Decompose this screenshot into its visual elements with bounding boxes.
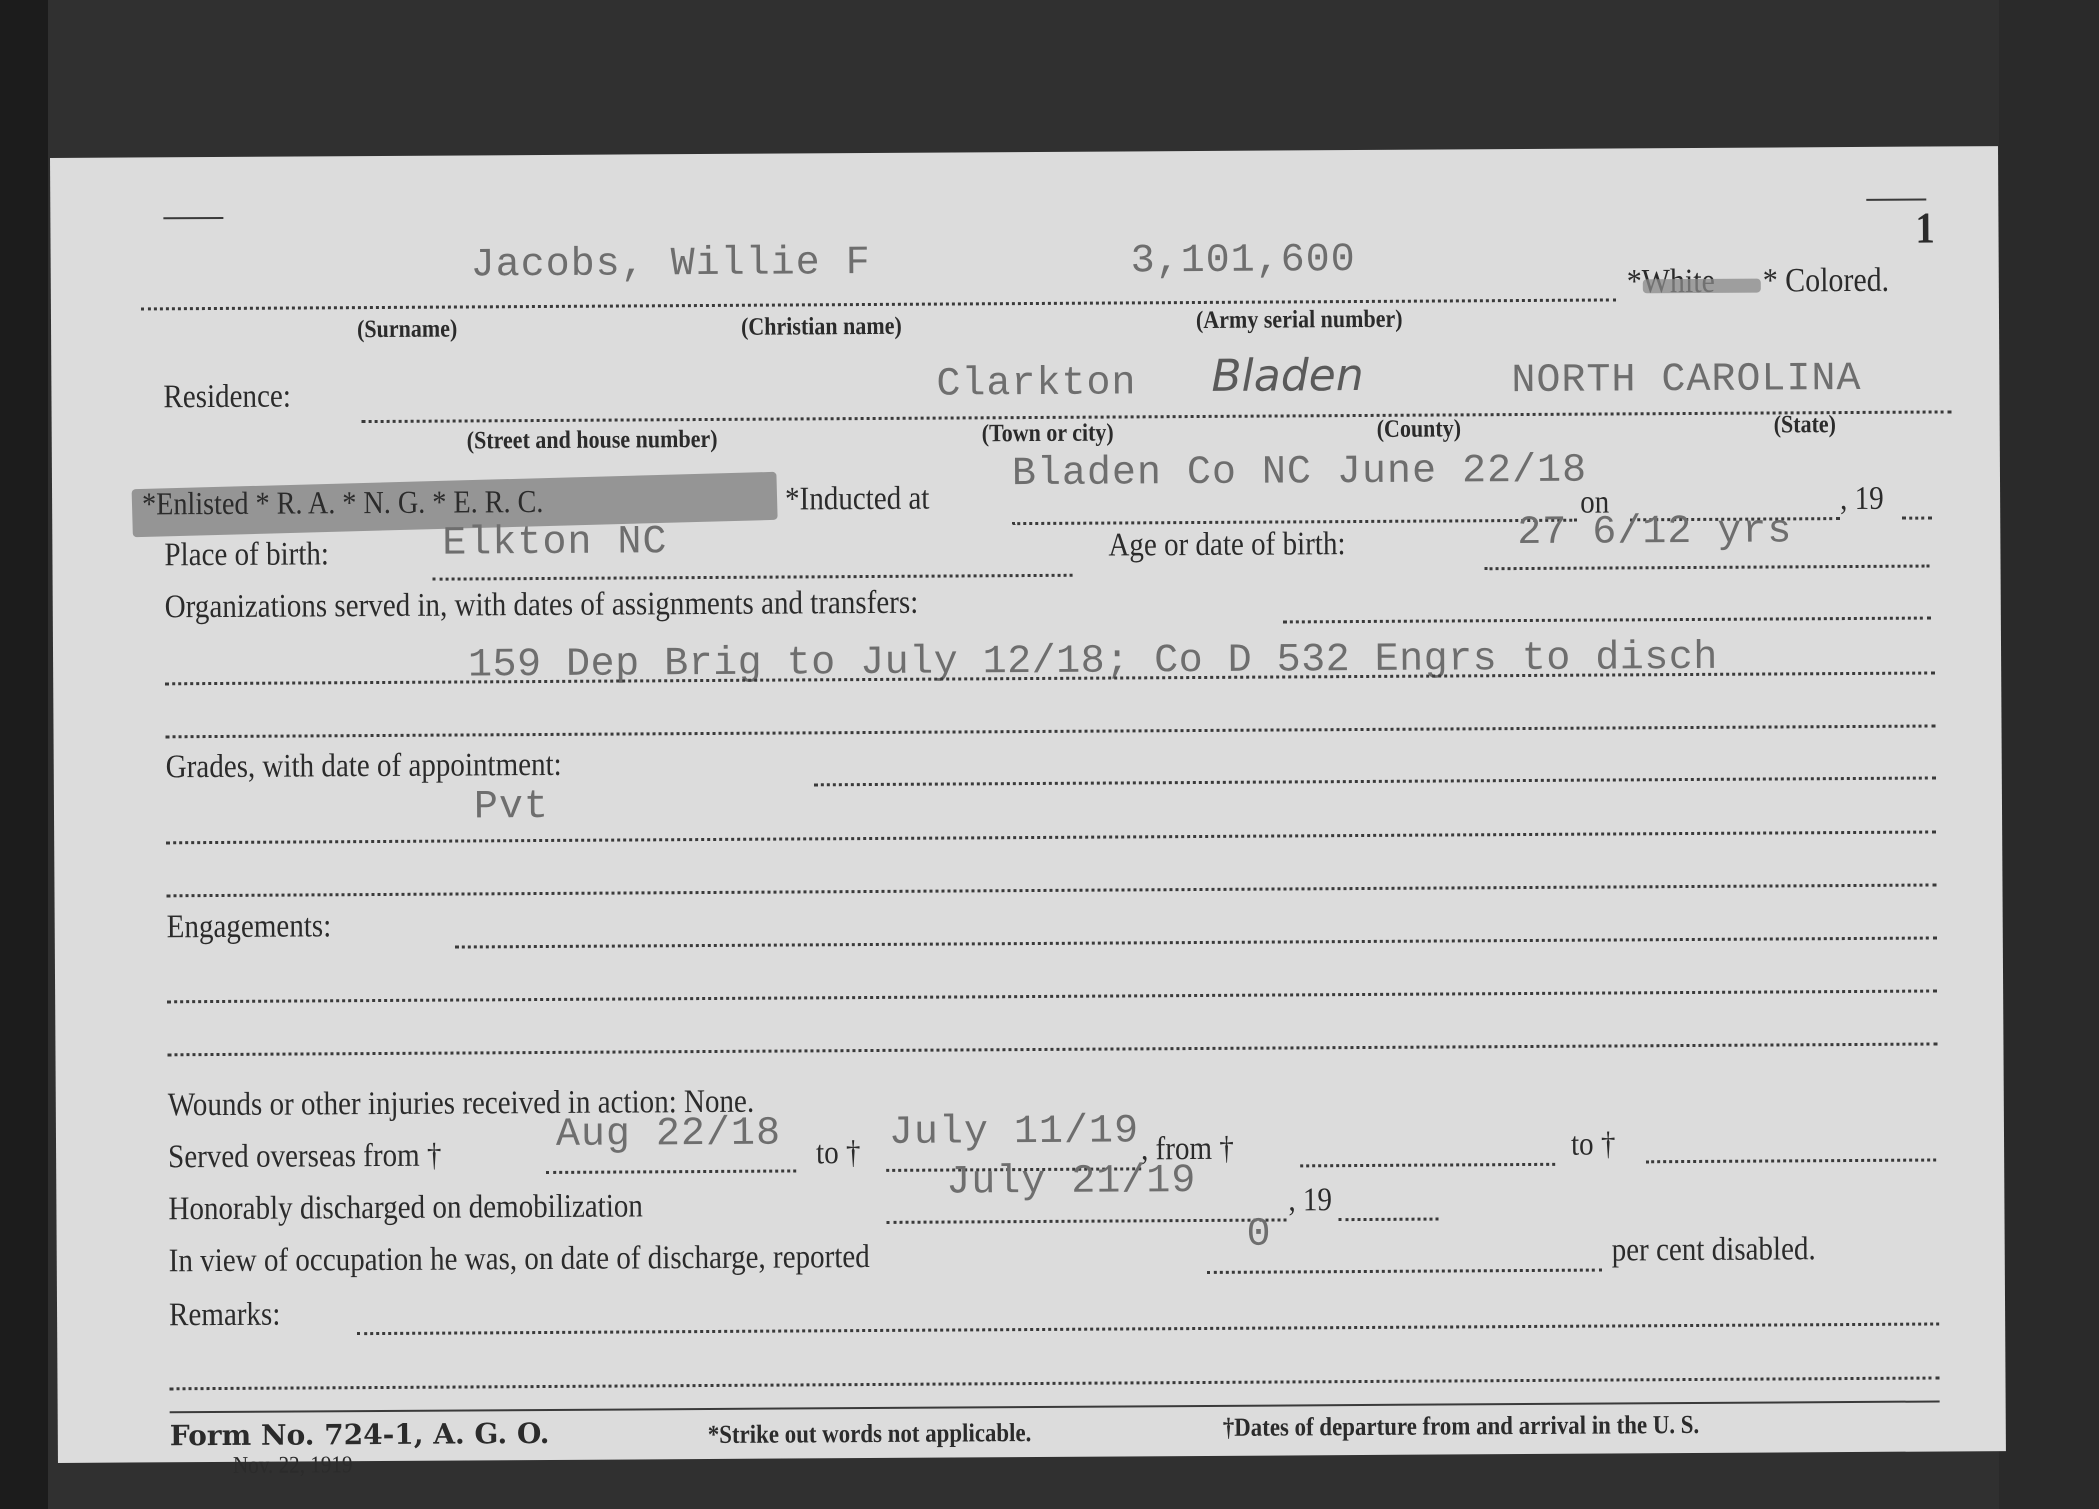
- dates-note: †Dates of departure from and arrival in …: [1223, 1410, 1700, 1443]
- race-colored-option: * Colored.: [1763, 262, 1890, 301]
- discharge-label: Honorably discharged on demobilization: [168, 1188, 643, 1228]
- grades-value: Pvt: [474, 785, 549, 830]
- card-number: 1: [1915, 202, 1935, 253]
- on-year-line: [1902, 517, 1932, 520]
- surname-caption: (Surname): [357, 316, 457, 345]
- age-line: [1485, 565, 1930, 571]
- overseas-to2-line: [1646, 1158, 1936, 1163]
- disability-line: [1207, 1269, 1602, 1274]
- christian-name-caption: (Christian name): [741, 313, 902, 342]
- disability-suffix: per cent disabled.: [1612, 1231, 1816, 1269]
- inducted-label: *Inducted at: [785, 481, 930, 519]
- form-date: Nov. 22, 1919: [233, 1452, 353, 1480]
- disability-value: 0: [1246, 1213, 1271, 1258]
- overseas-to-value: July 11/19: [889, 1109, 1139, 1156]
- engagements-line-1: [455, 936, 1937, 948]
- top-left-mark: [163, 217, 223, 219]
- age-value: 27 6/12 yrs: [1517, 509, 1792, 556]
- service-record-card: 1 Jacobs, Willie F 3,101,600 *White * Co…: [50, 146, 2006, 1463]
- inducted-value: Bladen Co NC June 22/18: [1012, 449, 1587, 498]
- grades-line-1: [814, 776, 1936, 786]
- organizations-line-1: [1283, 617, 1931, 624]
- grades-line-3: [166, 883, 1936, 897]
- inducted-line: [1012, 519, 1577, 525]
- name-value: Jacobs, Willie F: [471, 241, 871, 288]
- discharge-year-line: [1339, 1218, 1439, 1222]
- engagements-line-2: [167, 989, 1937, 1003]
- place-of-birth-line: [433, 574, 1073, 581]
- discharge-line: [887, 1218, 1287, 1223]
- scan-right-edge: [1999, 0, 2099, 1509]
- grades-line-2: [166, 830, 1936, 844]
- grades-label: Grades, with date of appointment:: [166, 747, 562, 786]
- enlistment-options: *Enlisted * R. A. * N. G. * E. R. C.: [142, 483, 544, 522]
- engagements-line-3: [167, 1042, 1937, 1056]
- state-caption: (State): [1774, 411, 1836, 439]
- overseas-from2-line: [1300, 1163, 1555, 1168]
- form-number: Form No. 724-1, A. G. O.: [170, 1417, 550, 1452]
- residence-county-value: Bladen: [1211, 350, 1364, 402]
- town-caption: (Town or city): [982, 420, 1114, 449]
- county-caption: (County): [1377, 415, 1462, 444]
- serial-value: 3,101,600: [1131, 238, 1356, 284]
- engagements-label: Engagements:: [167, 908, 332, 946]
- overseas-from-value: Aug 22/18: [556, 1112, 781, 1158]
- residence-town-value: Clarkton: [936, 361, 1136, 407]
- overseas-from-line: [546, 1169, 796, 1174]
- residence-line: [362, 410, 1952, 423]
- white-strikeout: [1643, 279, 1761, 294]
- organizations-line-3: [166, 724, 1936, 738]
- remarks-line-2: [170, 1376, 1940, 1390]
- on-year-label: , 19: [1840, 481, 1884, 518]
- disability-label: In view of occupation he was, on date of…: [169, 1239, 870, 1280]
- discharge-year-label: , 19: [1288, 1182, 1332, 1219]
- overseas-label: Served overseas from †: [168, 1138, 442, 1177]
- age-label: Age or date of birth:: [1108, 526, 1345, 564]
- overseas-to2-label: to †: [1571, 1126, 1616, 1163]
- remarks-line-1: [357, 1322, 1939, 1335]
- remarks-label: Remarks:: [169, 1297, 281, 1335]
- overseas-to-label: to †: [816, 1135, 861, 1172]
- residence-label: Residence:: [163, 379, 291, 417]
- top-right-mark: [1866, 199, 1926, 201]
- residence-state-value: NORTH CAROLINA: [1511, 357, 1861, 404]
- place-of-birth-label: Place of birth:: [164, 536, 329, 574]
- serial-caption: (Army serial number): [1196, 306, 1403, 335]
- street-caption: (Street and house number): [467, 426, 718, 456]
- scan-left-edge: [0, 0, 48, 1509]
- strike-note: *Strike out words not applicable.: [708, 1418, 1032, 1450]
- organizations-label: Organizations served in, with dates of a…: [165, 585, 919, 627]
- discharge-value: July 21/19: [946, 1159, 1196, 1206]
- place-of-birth-value: Elkton NC: [442, 520, 667, 566]
